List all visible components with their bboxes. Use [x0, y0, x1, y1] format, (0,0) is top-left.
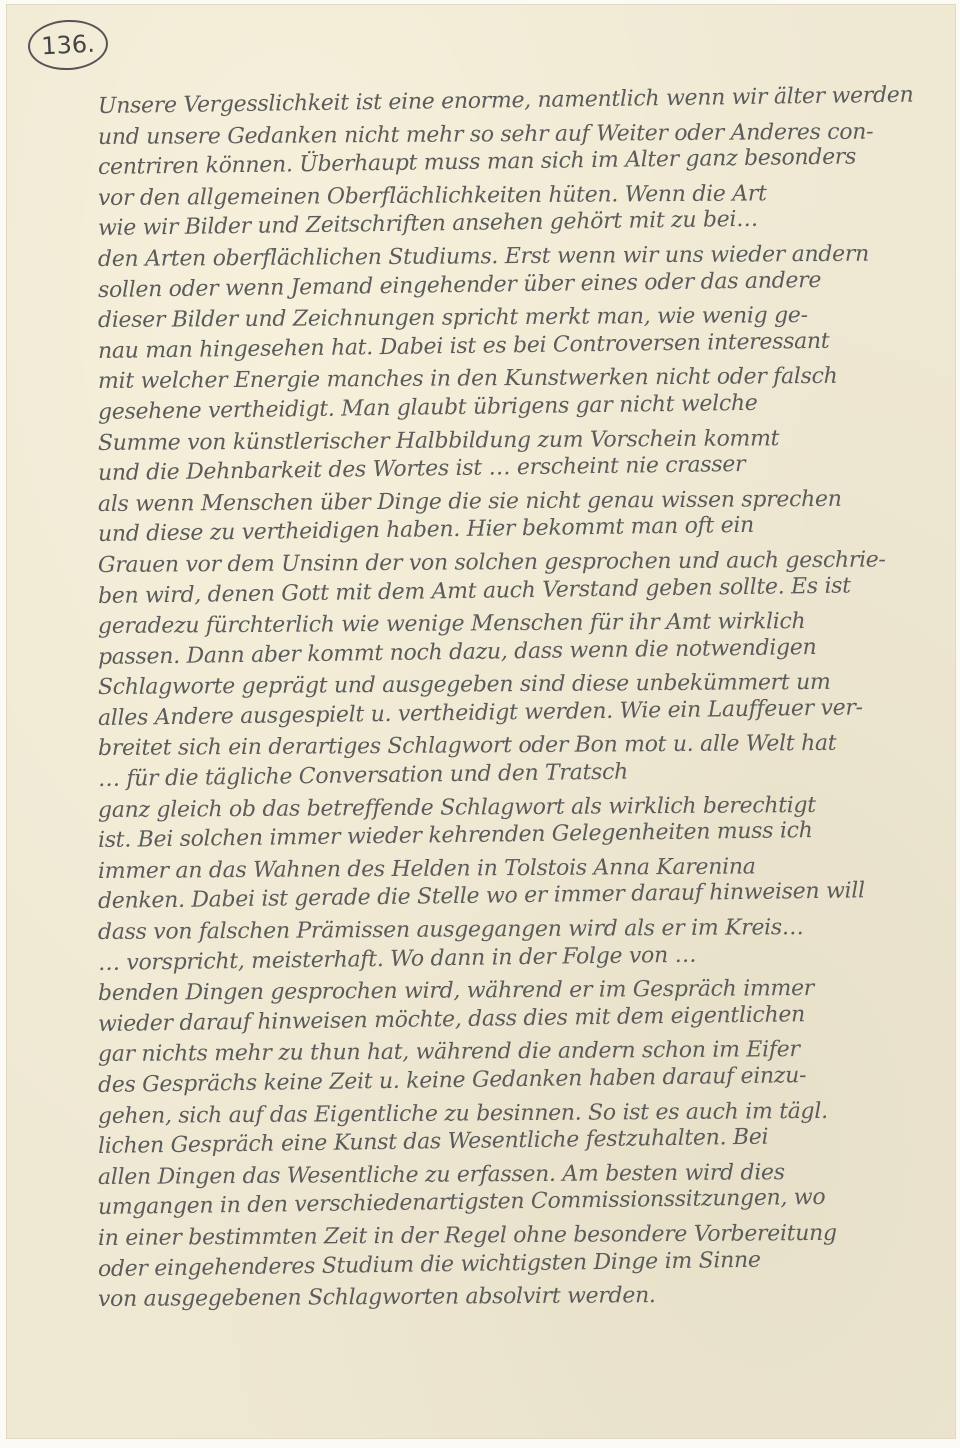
handwritten-text-block: Unsere Vergesslichkeit ist eine enorme, …: [98, 92, 928, 1316]
page-number-circle: 136.: [27, 18, 110, 72]
manuscript-line: von ausgegebenen Schlagworten absolvirt …: [98, 1279, 928, 1315]
manuscript-page: 136. Unsere Vergesslichkeit ist eine eno…: [6, 4, 956, 1439]
page-number: 136.: [41, 30, 96, 61]
manuscript-line: Unsere Vergesslichkeit ist eine enorme, …: [98, 80, 928, 122]
